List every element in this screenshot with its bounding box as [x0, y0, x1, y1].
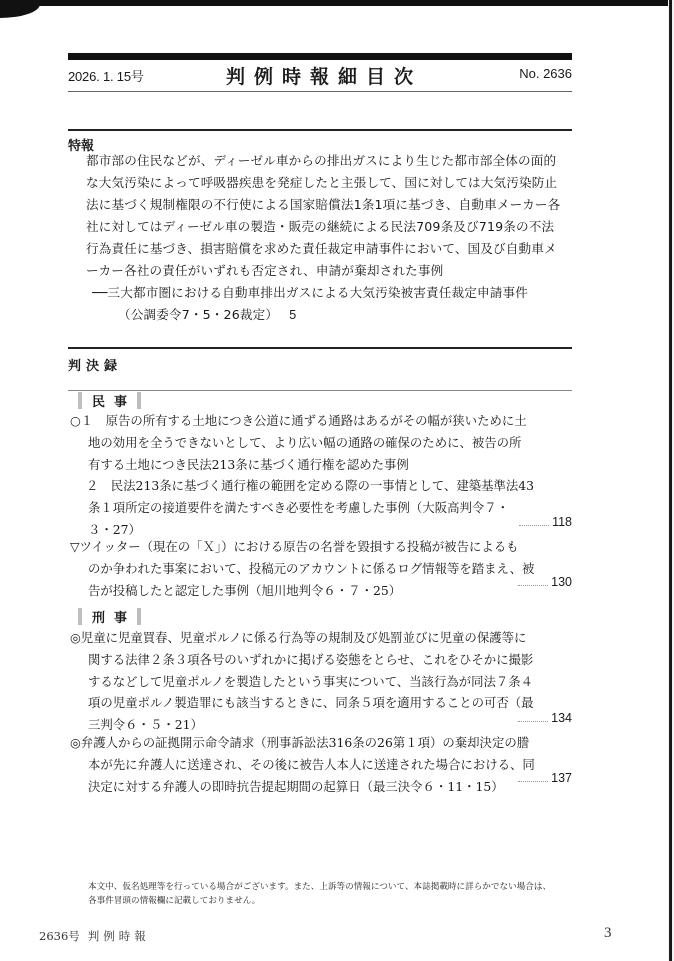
dot-leader: [518, 584, 548, 586]
page-number: 3: [604, 925, 612, 942]
entry-line: 項の児童ポルノ製造罪にも該当するときに、同条５項を適用することの可否（最: [70, 692, 572, 714]
entry-line: 条１項所定の接道要件を満たすべき必要性を考慮した事例（大阪高判令７・: [70, 497, 572, 519]
entry-line: ◎弁護人からの証拠開示命令請求（刑事訴訟法316条の26第１項）の棄却決定の謄: [70, 732, 572, 754]
tokuho-summary: 都市部の住民などが、ディーゼル車からの排出ガスにより生じた都市部全体の面的 な大…: [86, 150, 572, 326]
page-ref: 130: [551, 575, 572, 589]
scan-edge-top: [0, 0, 674, 6]
entry-line: ○１ 原告の所有する土地につき公道に通ずる通路はあるがその幅が狭いために土: [70, 410, 572, 432]
keiji-tab: 刑事: [78, 607, 141, 625]
tokuho-citation-row[interactable]: （公調委令7・5・26裁定） 5: [86, 304, 572, 326]
entry-line: 有する土地につき民法213条に基づく通行権を認めた事例: [70, 454, 572, 476]
tokuho-line: ーカー各社の責任がいずれも否定され、申請が棄却された事例: [86, 260, 572, 282]
footnote: 本文中、仮名処理等を行っている場合がございます。また、上訴等の情報について、本誌…: [88, 880, 551, 908]
tab-bar-left: [78, 608, 82, 625]
entry-line: ２ 民法213条に基づく通行権の範囲を定める際の一事情として、建築基準法43: [70, 475, 572, 497]
dot-leader: [518, 780, 548, 782]
entry-line: するなどして児童ポルノを製造したという事実について、当該行為が同法７条４: [70, 671, 572, 693]
hanketsuroku-label: 判決録: [68, 355, 122, 374]
entry-line: 地の効用を全うできないとして、より広い幅の通路の確保のために、被告の所: [70, 432, 572, 454]
page-ref-row[interactable]: 134: [518, 711, 572, 726]
tokuho-line: 社に対してはディーゼル車の製造・販売の継続による民法709条及び719条の不法: [86, 216, 572, 238]
page-title: 判例時報細目次: [226, 62, 422, 89]
tab-bar-right: [137, 608, 141, 625]
tab-bar-right: [137, 392, 141, 409]
entry-line: 告が投稿したと認定した事例（旭川地判令６・７・25）: [70, 580, 572, 602]
tokuho-line: な大気汚染によって呼吸器疾患を発症したと主張して、国に対しては大気汚染防止: [86, 172, 572, 194]
page-ref: 118: [552, 515, 572, 529]
footer-journal: 判例時報: [88, 929, 150, 943]
footnote-line: 各事件冒頭の情報欄に記載しておりません。: [88, 894, 551, 908]
entry-line: 本が先に弁護人に送達され、その後に被告人本人に送達された場合における、同: [70, 754, 572, 776]
case-entry-keiji-1[interactable]: ◎児童に児童買春、児童ポルノに係る行為等の規制及び処罰並びに児童の保護等に 関す…: [70, 627, 572, 736]
page-ref: 134: [551, 711, 572, 725]
page-ref-row[interactable]: 137: [518, 771, 572, 786]
header-rule-bottom: [68, 91, 572, 92]
tokuho-citation: （公調委令7・5・26裁定）: [118, 307, 278, 322]
minji-label: 民事: [92, 391, 136, 410]
scan-edge-right: [668, 0, 674, 961]
footer-issue: 2636号: [39, 929, 80, 943]
tokuho-subtitle: ──三大都市圏における自動車排出ガスによる大気汚染被害責任裁定申請事件: [86, 282, 572, 304]
tokuho-line: 行為責任に基づき、損害賠償を求めた責任裁定申請事件において、国及び自動車メ: [86, 238, 572, 260]
issue-number: No. 2636: [519, 66, 572, 81]
entry-line: 決定に対する弁護人の即時抗告提起期間の起算日（最三決令６・11・15）: [70, 776, 572, 798]
running-footer: 2636号判例時報: [39, 928, 150, 944]
page-ref: 137: [551, 771, 572, 785]
scan-edge-corner: [0, 0, 40, 18]
page-ref-row[interactable]: 118: [519, 515, 572, 530]
tokuho-rule: [68, 129, 572, 131]
issue-date: 2026. 1. 15号: [68, 66, 144, 85]
case-entry-minji-2[interactable]: ▽ツイッター（現在の「Ｘ」）における原告の名誉を毀損する投稿が被告によるも のか…: [70, 536, 572, 601]
tokuho-line: 都市部の住民などが、ディーゼル車からの排出ガスにより生じた都市部全体の面的: [86, 150, 572, 172]
entry-line: ◎児童に児童買春、児童ポルノに係る行為等の規制及び処罰並びに児童の保護等に: [70, 627, 572, 649]
dot-leader: [518, 720, 548, 722]
tokuho-line: 法に基づく規制権限の不行使による国家賠償法1条1項に基づき、自動車メーカー各: [86, 194, 572, 216]
minji-tab: 民事: [78, 391, 141, 409]
minji-rule: [68, 390, 572, 391]
hanketsuroku-rule: [68, 347, 572, 349]
entry-line: ▽ツイッター（現在の「Ｘ」）における原告の名誉を毀損する投稿が被告によるも: [70, 536, 572, 558]
header-rule-top: [68, 53, 572, 60]
page-ref-row[interactable]: 130: [518, 575, 572, 590]
tab-bar-left: [78, 392, 82, 409]
toc-page: 2026. 1. 15号 判例時報細目次 No. 2636 特報 都市部の住民な…: [0, 0, 674, 961]
keiji-label: 刑事: [92, 607, 136, 626]
footnote-line: 本文中、仮名処理等を行っている場合がございます。また、上訴等の情報について、本誌…: [88, 880, 551, 894]
dot-leader: [519, 524, 549, 526]
case-entry-minji-1[interactable]: ○１ 原告の所有する土地につき公道に通ずる通路はあるがその幅が狭いために土 地の…: [70, 410, 572, 541]
case-entry-keiji-2[interactable]: ◎弁護人からの証拠開示命令請求（刑事訴訟法316条の26第１項）の棄却決定の謄 …: [70, 732, 572, 797]
page-ref: 5: [289, 308, 296, 322]
entry-line: 関する法律２条３項各号のいずれかに掲げる姿態をとらせ、これをひそかに撮影: [70, 649, 572, 671]
entry-line: のか争われた事案において、投稿元のアカウントに係るログ情報等を踏まえ、被: [70, 558, 572, 580]
